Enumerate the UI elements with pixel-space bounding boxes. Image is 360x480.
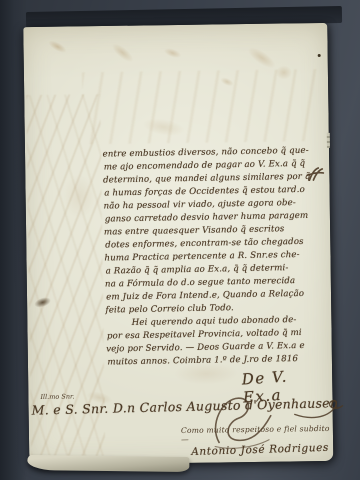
foxing-stain — [109, 41, 135, 65]
foxing-stain — [63, 174, 96, 218]
letter-body: entre embustios diversos, não concebo q̃… — [102, 144, 334, 369]
ink-speck — [318, 54, 321, 57]
foxing-stain — [163, 46, 183, 59]
manuscript-paragraph: Hei querendo aqui tudo abonado de- por e… — [106, 313, 335, 369]
valediction-line: Como muito respeitoso e fiel subdito — — [181, 424, 333, 444]
pen-swash-icon — [292, 394, 344, 423]
manuscript-paragraph: entre embustios diversos, não concebo q̃… — [102, 144, 333, 317]
paper-curl-bottom-left — [27, 455, 189, 472]
foxing-stain — [245, 44, 278, 72]
foxing-stain — [47, 38, 68, 55]
addressee-honorific: Ill.mo Snr. — [40, 392, 74, 400]
photograph-of-manuscript: entre embustios diversos, não concebo q̃… — [0, 0, 360, 480]
ink-showthrough-top — [82, 69, 319, 144]
marginal-ink-mark-icon — [305, 166, 325, 184]
manuscript-sheet: entre embustios diversos, não concebo q̃… — [23, 23, 333, 465]
